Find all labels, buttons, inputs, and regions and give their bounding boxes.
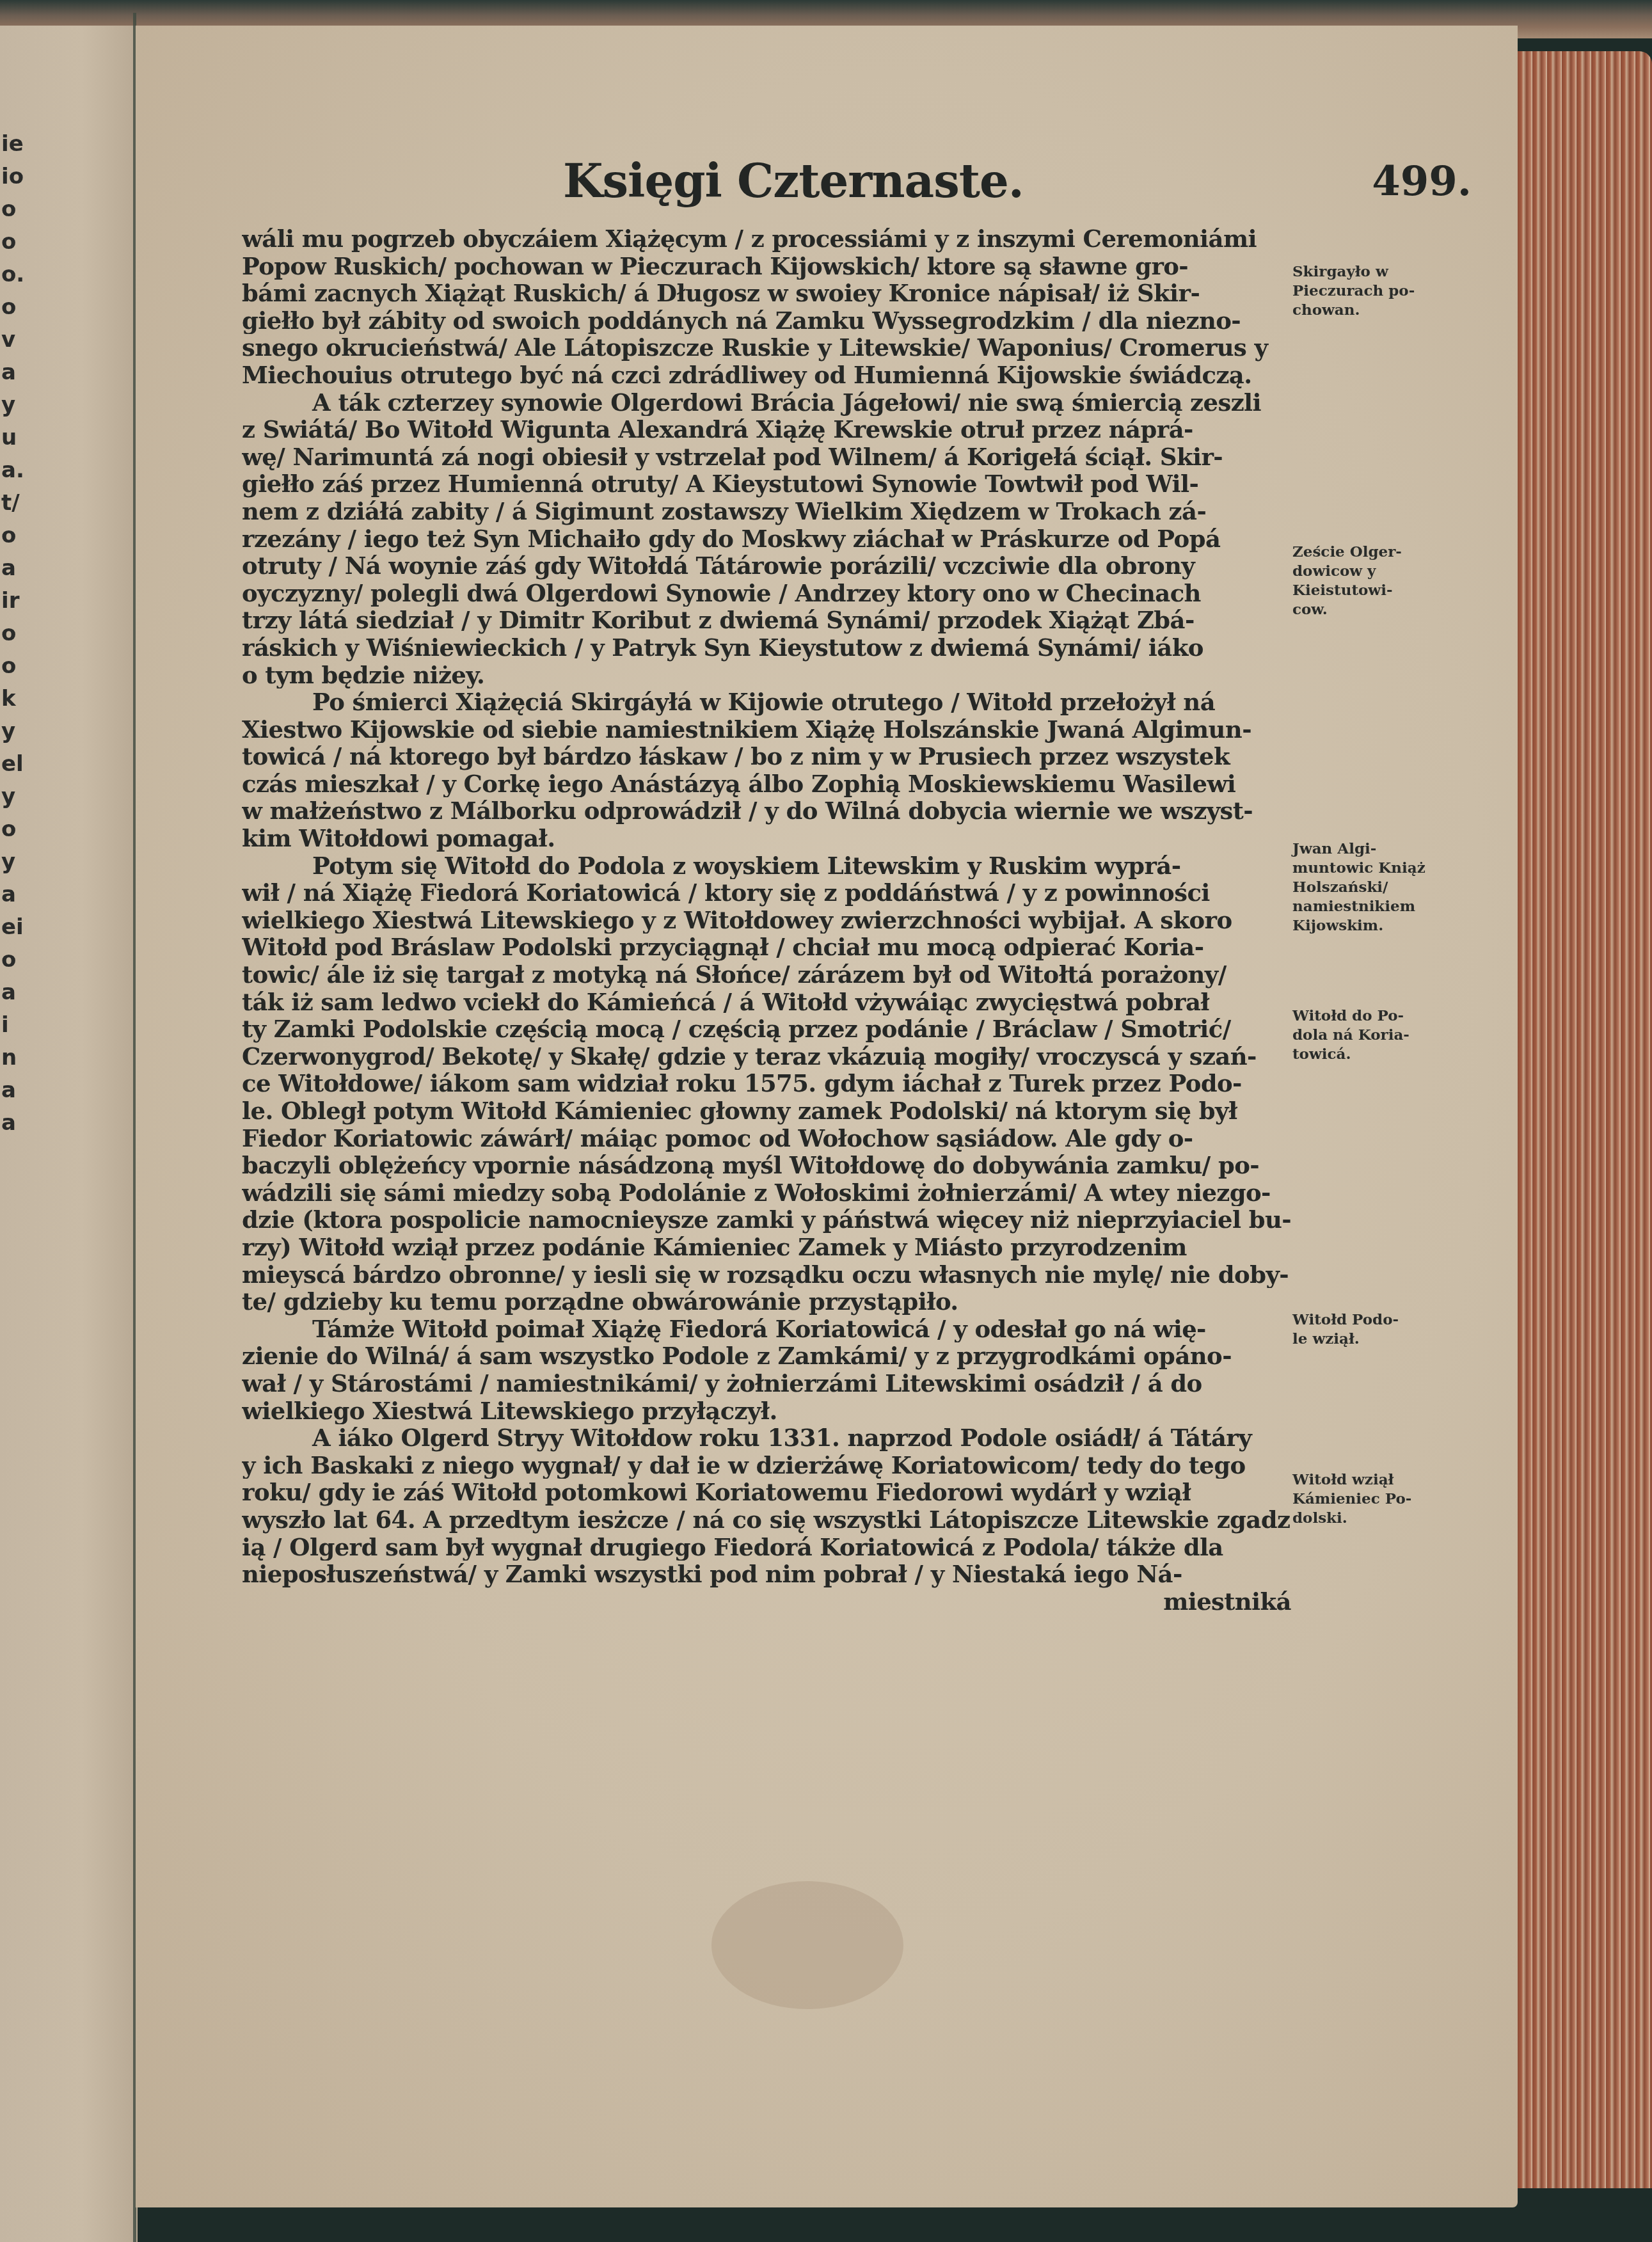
margin-note-line: dola ná Koria- [1292, 1026, 1446, 1045]
text-line: giełło był zábity od swoich poddánych ná… [242, 307, 1291, 335]
text-line: nieposłuszeństwá/ y Zamki wszystki pod n… [242, 1561, 1291, 1588]
margin-note-line: Kijowskim. [1292, 916, 1446, 935]
margin-note-line: Witołd do Po- [1292, 1006, 1446, 1026]
margin-note: Skirgayło wPieczurach po-chowan. [1292, 262, 1446, 320]
page-number: 499. [1372, 157, 1472, 205]
text-line: baczyli oblężeńcy vpornie násádzoną myśl… [242, 1152, 1291, 1179]
left-page-verso: ie io o o o. o v a y u a. t/ o a ir o o … [0, 26, 138, 2242]
text-line: wił / ná Xiążę Fiedorá Koriatowicá / kto… [242, 879, 1291, 907]
text-line: wyszło lat 64. A przedtym iesżcze / ná c… [242, 1506, 1291, 1534]
text-line: ty Zamki Podolskie częścią mocą / części… [242, 1015, 1291, 1043]
margin-note-line: namiestnikiem [1292, 897, 1446, 916]
text-line: czás mieszkał / y Corkę iego Anástázyą á… [242, 770, 1291, 798]
text-line: dzie (ktora pospolicie namocnieysze zamk… [242, 1206, 1291, 1234]
margin-note: Zeście Olger-dowicow yKieistutowi-cow. [1292, 543, 1446, 619]
margin-note-line: Kieistutowi- [1292, 581, 1446, 600]
margin-note-line: towicá. [1292, 1045, 1446, 1064]
margin-note: Witołd Podo-le wziął. [1292, 1310, 1446, 1349]
running-title: Księgi Czternaste. [563, 154, 1024, 208]
margin-note-line: Pieczurach po- [1292, 282, 1446, 301]
margin-note-line: Skirgayło w [1292, 262, 1446, 282]
text-line: w małżeństwo z Málborku odprowádził / y … [242, 797, 1291, 825]
catchword: miestniká [242, 1588, 1291, 1616]
text-line: rzezány / iego też Syn Michaiło gdy do M… [242, 525, 1291, 553]
margin-note-line: Kámieniec Po- [1292, 1490, 1446, 1509]
text-line: ták iż sam ledwo vciekł do Kámieńcá / á … [242, 989, 1291, 1016]
text-line: Xiestwo Kijowskie od siebie namiestnikie… [242, 716, 1291, 743]
page-header: Księgi Czternaste. 499. [563, 154, 1472, 218]
margin-note-line: muntowic Kniąż [1292, 859, 1446, 878]
text-line: kim Witołdowi pomagał. [242, 825, 1291, 852]
margin-note-line: chowan. [1292, 301, 1446, 320]
text-line: A ták czterzey synowie Olgerdowi Brácia … [242, 389, 1291, 417]
text-line: wádzili się sámi miedzy sobą Podolánie z… [242, 1179, 1291, 1207]
text-line: ce Witołdowe/ iákom sam widział roku 157… [242, 1070, 1291, 1097]
margin-note-line: Witołd wziął [1292, 1470, 1446, 1490]
text-line: o tym będzie niżey. [242, 662, 1291, 689]
margin-note-line: Holszański/ [1292, 878, 1446, 897]
fore-edge-pages [1518, 51, 1652, 2188]
text-line: A iáko Olgerd Stryy Witołdow roku 1331. … [242, 1424, 1291, 1452]
text-line: Witołd pod Bráslaw Podolski przyciągnął … [242, 934, 1291, 961]
text-line: rzy) Witołd wziął przez podánie Kámienie… [242, 1234, 1291, 1261]
text-line: mieyscá bárdzo obronne/ y iesli się w ro… [242, 1261, 1291, 1289]
text-line: zienie do Wilná/ á sam wszystko Podole z… [242, 1342, 1291, 1370]
text-line: trzy látá siedział / y Dimitr Koribut z … [242, 607, 1291, 634]
left-page-text-fragments: ie io o o o. o v a y u a. t/ o a ir o o … [1, 128, 27, 1140]
text-line: Czerwonygrod/ Bekotę/ y Skałę/ gdzie y t… [242, 1043, 1291, 1070]
text-line: Miechouius otrutego być ná czci zdrádliw… [242, 362, 1291, 389]
text-line: snego okrucieństwá/ Ale Látopiszcze Rusk… [242, 334, 1291, 362]
text-line: ráskich y Wiśniewieckich / y Patryk Syn … [242, 634, 1291, 662]
text-line: wał / y Stárostámi / namiestnikámi/ y żo… [242, 1370, 1291, 1397]
margin-note: Witołd do Po-dola ná Koria-towicá. [1292, 1006, 1446, 1064]
text-line: oyczyzny/ polegli dwá Olgerdowi Synowie … [242, 580, 1291, 607]
text-line: towic/ ále iż się targał z motyką ná Sło… [242, 961, 1291, 989]
margin-note-line: Zeście Olger- [1292, 543, 1446, 562]
margin-note-line: dolski. [1292, 1509, 1446, 1528]
margin-note-line: Witołd Podo- [1292, 1310, 1446, 1330]
text-line: nem z dziáłá zabity / á Sigimunt zostaws… [242, 498, 1291, 525]
margin-note-line: le wziął. [1292, 1330, 1446, 1349]
text-line: y ich Baskaki z niego wygnał/ y dał ie w… [242, 1452, 1291, 1479]
paper-stain [711, 1881, 903, 2009]
text-line: Fiedor Koriatowic záwárł/ máiąc pomoc od… [242, 1125, 1291, 1152]
text-line: ią / Olgerd sam był wygnał drugiego Fied… [242, 1534, 1291, 1561]
text-line: le. Obległ potym Witołd Kámieniec głowny… [242, 1097, 1291, 1125]
text-line: giełło záś przez Humienná otruty/ A Kiey… [242, 470, 1291, 498]
text-line: towicá / ná ktorego był bárdzo łáskaw / … [242, 743, 1291, 770]
text-line: wielkiego Xiestwá Litewskiego przyłączył… [242, 1397, 1291, 1425]
text-line: z Swiátá/ Bo Witołd Wigunta Alexandrá Xi… [242, 416, 1291, 443]
text-line: wielkiego Xiestwá Litewskiego y z Witołd… [242, 907, 1291, 934]
text-line: te/ gdzieby ku temu porządne obwárowánie… [242, 1288, 1291, 1316]
margin-note: Witołd wziąłKámieniec Po-dolski. [1292, 1470, 1446, 1528]
margin-note-line: Jwan Algi- [1292, 839, 1446, 859]
margin-note: Jwan Algi-muntowic KniążHolszański/namie… [1292, 839, 1446, 935]
text-line: Potym się Witołd do Podola z woyskiem Li… [242, 852, 1291, 880]
text-line: wáli mu pogrzeb obyczáiem Xiążęcym / z p… [242, 225, 1291, 253]
text-line: roku/ gdy ie záś Witołd potomkowi Koriat… [242, 1479, 1291, 1506]
margin-note-line: cow. [1292, 600, 1446, 619]
text-line: wę/ Narimuntá zá nogi obiesił y vstrzela… [242, 443, 1291, 471]
text-line: bámi zacnych Xiążąt Ruskich/ á Długosz w… [242, 280, 1291, 307]
body-text: wáli mu pogrzeb obyczáiem Xiążęcym / z p… [242, 225, 1291, 1615]
text-line: Támże Witołd poimał Xiążę Fiedorá Koriat… [242, 1316, 1291, 1343]
margin-note-line: dowicow y [1292, 562, 1446, 581]
text-line: Po śmierci Xiążęciá Skirgáyłá w Kijowie … [242, 688, 1291, 716]
text-line: Popow Ruskich/ pochowan w Pieczurach Kij… [242, 253, 1291, 280]
text-line: otruty / Ná woynie záś gdy Witołdá Tátár… [242, 552, 1291, 580]
